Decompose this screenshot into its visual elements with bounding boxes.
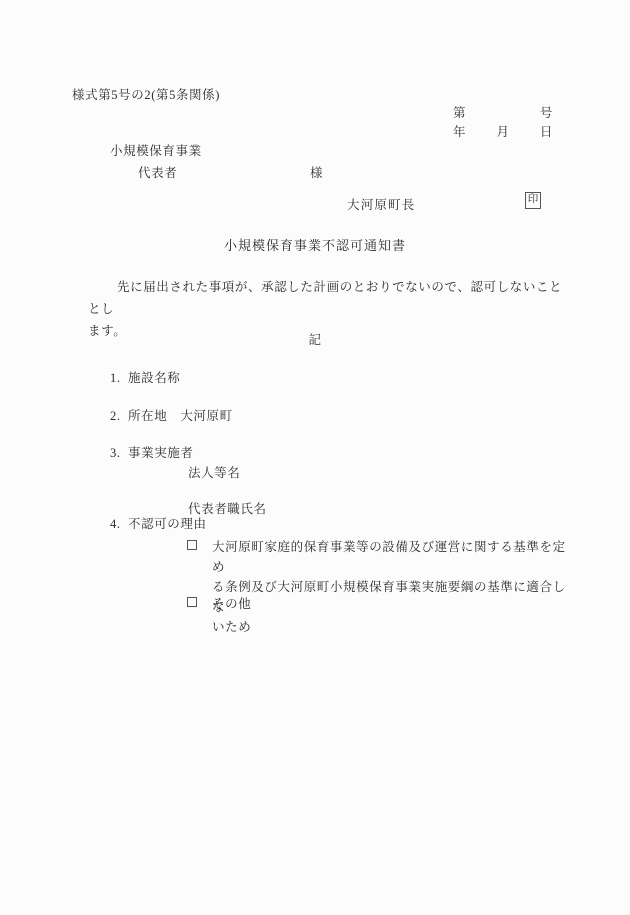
document-number-line: 第 号 bbox=[453, 103, 553, 121]
reason-checkbox-standards[interactable] bbox=[187, 540, 197, 550]
sender-title: 大河原町長 bbox=[347, 195, 416, 213]
item-label: 所在地 bbox=[128, 409, 167, 423]
form-number: 様式第5号の2(第5条関係) bbox=[72, 85, 220, 103]
date-month-label: 月 bbox=[496, 122, 509, 140]
list-item-facility-name: 1.施設名称 bbox=[110, 368, 180, 386]
addressee-business: 小規模保育事業 bbox=[110, 141, 202, 159]
item-label: 事業実施者 bbox=[128, 446, 194, 460]
list-item-disapproval-reason: 4.不認可の理由 bbox=[110, 514, 207, 532]
reason-text-other: その他 bbox=[212, 594, 251, 614]
list-item-operator: 3.事業実施者 bbox=[110, 443, 194, 461]
item-label: 施設名称 bbox=[128, 371, 180, 385]
list-marker: 記 bbox=[0, 330, 630, 348]
item-label: 不認可の理由 bbox=[128, 517, 207, 531]
seal-character: 印 bbox=[528, 195, 539, 206]
reason-text-standards: 大河原町家庭的保育事業等の設備及び運営に関する基準を定め る条例及び大河原町小規… bbox=[212, 537, 572, 637]
date-year-label: 年 bbox=[453, 122, 466, 140]
addressee-role: 代表者 bbox=[138, 163, 177, 181]
operator-corporate-name-label: 法人等名 bbox=[188, 463, 240, 481]
item-number: 1. bbox=[110, 371, 128, 386]
item-value: 大河原町 bbox=[180, 409, 232, 423]
item-number: 4. bbox=[110, 517, 128, 532]
date-line: 年 月 日 bbox=[453, 122, 553, 140]
document-title: 小規模保育事業不認可通知書 bbox=[0, 235, 630, 254]
document-number-suffix: 号 bbox=[540, 103, 553, 121]
date-day-label: 日 bbox=[540, 122, 553, 140]
reason-checkbox-other[interactable] bbox=[187, 597, 197, 607]
list-item-location: 2.所在地大河原町 bbox=[110, 406, 233, 424]
notice-document-page: 様式第5号の2(第5条関係) 第 号 年 月 日 小規模保育事業 代表者 様 大… bbox=[0, 0, 630, 915]
seal-icon: 印 bbox=[525, 192, 541, 209]
addressee-honorific: 様 bbox=[310, 163, 323, 181]
item-number: 3. bbox=[110, 446, 128, 461]
item-number: 2. bbox=[110, 409, 128, 424]
document-number-prefix: 第 bbox=[453, 103, 466, 121]
